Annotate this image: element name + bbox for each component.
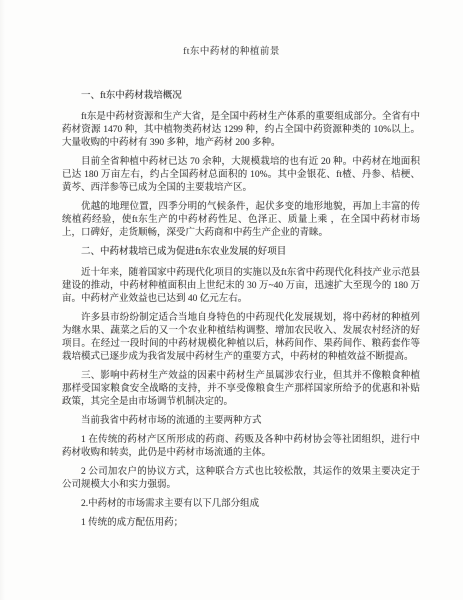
doc-title: ft东中药材的种植前景 — [0, 46, 463, 59]
paragraph: 近十年来，随着国家中药现代化项目的实施以及ft东省中药现代化科技产业示范县建设的… — [62, 267, 420, 306]
paragraph: 优越的地理位置，四季分明的气候条件，起伏多变的地形地貌，再加上丰富的传统植药经验… — [62, 201, 420, 240]
scan-edge-shading — [0, 0, 5, 600]
section-heading-2: 二、中药材栽培已成为促进ft东农业发展的好项目 — [62, 246, 420, 259]
paragraph: 当前我省中药材市场的流通的主要两种方式 — [62, 415, 420, 428]
paragraph: 三、影响中药材生产效益的因素中药材生产虽属涉农行业，但其并不像粮食种植那样受国家… — [62, 370, 420, 409]
paragraph: 目前全省种植中药材已达 70 余种，大规模栽培的也有近 20 种。中药材在地面积… — [62, 156, 420, 195]
paragraph: 2 公司加农户的协议方式，这种联合方式也比较松散，其运作的效果主要决定于公司规模… — [62, 466, 420, 492]
section-heading-1: 一、ft东中药材栽培概况 — [62, 90, 420, 103]
paragraph: 1 在传统的药材产区所形成的药商、药贩及各种中药材协会等社团组织，进行中药材收购… — [62, 434, 420, 460]
paragraph: ft东是中药材资源和生产大省，是全国中药材生产体系的重要组成部分。全省有中药材资… — [62, 111, 420, 150]
doc-body: 一、ft东中药材栽培概况 ft东是中药材资源和生产大省，是全国中药材生产体系的重… — [62, 90, 420, 530]
paragraph: 2.中药材的市场需求主要有以下几部分组成 — [62, 498, 420, 511]
paragraph: 许多县市纷纷制定适合当地自身特色的中药现代化发展规划，将中药材的种植列为继水果、… — [62, 312, 420, 364]
document-page: ft东中药材的种植前景 一、ft东中药材栽培概况 ft东是中药材资源和生产大省，… — [0, 0, 463, 600]
paragraph: 1 传统的成方配伍用药； — [62, 517, 420, 530]
